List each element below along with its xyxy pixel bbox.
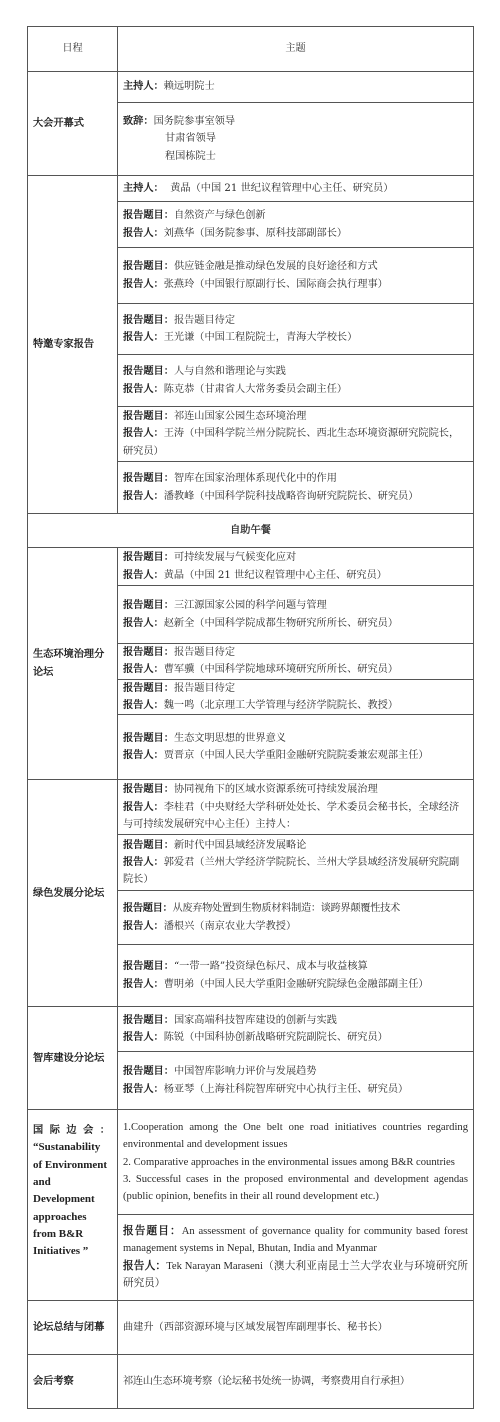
session-eco-forum: 生态环境治理分论坛 (28, 548, 118, 780)
talk-cell: 报告题目：报告题目待定 报告人：曹军骥（中国科学院地球环境研究所所长、研究员） (118, 644, 474, 680)
talk-speaker: 张燕玲（中国银行原副行长、国际商会执行理事） (164, 279, 388, 290)
keynote-host-row: 特邀专家报告 主持人： 黄晶（中国 21 世纪议程管理中心主任、研究员） (28, 176, 474, 202)
talk-cell: 报告题目：“一带一路”投资绿色标尺、成本与收益核算 报告人：曹明弟（中国人民大学… (118, 945, 474, 1007)
speaker-label: 报告人： (123, 801, 164, 813)
topic-label: 报告题目： (123, 1014, 174, 1026)
talk-speaker: 潘教峰（中国科学院科技战略咨询研究院院长、研究员） (164, 491, 419, 502)
talk-topic: 从废弃物处置到生物质材料制造：谈跨界颠覆性技术 (172, 903, 399, 914)
talk-topic: 中国智库影响力评价与发展趋势 (174, 1066, 317, 1077)
talk-speaker: 曹军骥（中国科学院地球环境研究所所长、研究员） (164, 664, 398, 675)
speaker-label: 报告人： (123, 617, 164, 629)
speaker-label: 报告人： (123, 978, 164, 990)
keynote-host: 主持人： 黄晶（中国 21 世纪议程管理中心主任、研究员） (118, 176, 474, 202)
talk-cell: 报告题目：协同视角下的区域水资源系统可持续发展治理 报告人：李桂君（中央财经大学… (118, 780, 474, 835)
topic-label: 报告题目： (123, 209, 174, 221)
speaker-label: 报告人： (123, 699, 164, 711)
talk-row: 绿色发展分论坛 报告题目：协同视角下的区域水资源系统可持续发展治理 报告人：李桂… (28, 780, 474, 835)
topic-label: 报告题目： (123, 410, 174, 422)
session-green-forum: 绿色发展分论坛 (28, 780, 118, 1007)
speaker-label: 报告人： (123, 331, 164, 343)
session-thinktank-forum: 智库建设分论坛 (28, 1007, 118, 1110)
speech-line: 甘肃省领导 (123, 130, 468, 147)
talk-speaker: 魏一鸣（北京理工大学管理与经济学院院长、教授） (164, 700, 398, 711)
speaker-label: 报告人： (123, 1031, 164, 1043)
talk-speaker: Tek Narayan Maraseni（澳大利亚南昆士兰大学农业与环境研究所研… (123, 1261, 468, 1289)
topic-label: 报告题目： (123, 365, 174, 377)
talk-speaker: 王涛（中国科学院兰州分院院长、西北生态环境资源研究院院长，研究员） (123, 428, 459, 456)
closing-content: 曲建升（西部资源环境与区域发展智库副理事长、秘书长） (118, 1301, 474, 1355)
talk-topic: 协同视角下的区域水资源系统可持续发展治理 (174, 784, 378, 795)
intl-themes-row: 国际边会： “Sustanability of Environment and … (28, 1110, 474, 1215)
session-closing: 论坛总结与闭幕 (28, 1301, 118, 1355)
talk-topic: 可持续发展与气候变化应对 (174, 552, 296, 563)
talk-topic: “一带一路”投资绿色标尺、成本与收益核算 (174, 961, 368, 972)
intl-themes: 1.Cooperation among the One belt one roa… (118, 1110, 474, 1215)
talk-topic: 报告题目待定 (174, 683, 235, 694)
host-label: 主持人： (123, 182, 164, 194)
talk-speaker: 刘燕华（国务院参事、原科技部副部长） (164, 228, 347, 239)
topic-label: 报告题目： (123, 839, 174, 851)
topic-label: 报告题目： (123, 260, 174, 272)
talk-speaker: 杨亚琴（上海社科院智库研究中心执行主任、研究员） (164, 1084, 409, 1095)
session-opening: 大会开幕式 (28, 72, 118, 176)
theme-item: 3. Successful cases in the proposed envi… (123, 1171, 468, 1206)
session-post-tour: 会后考察 (28, 1355, 118, 1409)
lunch-break: 自助午餐 (28, 514, 474, 548)
talk-topic: 祁连山国家公园生态环境治理 (174, 411, 306, 422)
talk-cell: 报告题目：报告题目待定 报告人：王光谦（中国工程院院士，青海大学校长） (118, 304, 474, 355)
talk-speaker: 潘根兴（南京农业大学教授） (164, 921, 296, 932)
header-topic: 主题 (118, 27, 474, 72)
speech-label: 致辞： (123, 115, 154, 127)
topic-label: 报告题目： (123, 732, 174, 744)
topic-label: 报告题目： (123, 599, 174, 611)
talk-speaker: 曹明弟（中国人民大学重阳金融研究院绿色金融部副主任） (164, 979, 429, 990)
session-intl-forum: 国际边会： “Sustanability of Environment and … (28, 1110, 118, 1301)
topic-label: 报告题目： (123, 1065, 174, 1077)
talk-cell: 报告题目：可持续发展与气候变化应对 报告人：黄晶（中国 21 世纪议程管理中心主… (118, 548, 474, 586)
opening-host: 主持人：赖远明院士 (118, 72, 474, 103)
speaker-label: 报告人： (123, 856, 164, 868)
schedule-table: 日程 主题 大会开幕式 主持人：赖远明院士 致辞：国务院参事室领导 甘肃省领导 … (27, 26, 474, 1409)
host-label: 主持人： (123, 80, 164, 92)
talk-row: 生态环境治理分论坛 报告题目：可持续发展与气候变化应对 报告人：黄晶（中国 21… (28, 548, 474, 586)
talk-cell: 报告题目：智库在国家治理体系现代化中的作用 报告人：潘教峰（中国科学院科技战略咨… (118, 462, 474, 514)
speaker-label: 报告人： (123, 383, 164, 395)
opening-host-row: 大会开幕式 主持人：赖远明院士 (28, 72, 474, 103)
talk-topic: 人与自然和谐理论与实践 (174, 366, 286, 377)
talk-cell: 报告题目：An assessment of governance quality… (118, 1215, 474, 1301)
talk-speaker: 黄晶（中国 21 世纪议程管理中心主任、研究员） (164, 570, 387, 581)
talk-speaker: 郭爱君（兰州大学经济学院院长、兰州大学县域经济发展研究院副院长） (123, 857, 459, 885)
speech-line: 国务院参事室领导 (154, 116, 236, 127)
speech-line: 程国栋院士 (123, 148, 468, 165)
speaker-label: 报告人： (123, 1083, 164, 1095)
topic-label: 报告题目： (123, 551, 174, 563)
post-tour-content: 祁连山生态环境考察（论坛秘书处统一协调，考察费用自行承担） (118, 1355, 474, 1409)
speaker-label: 报告人： (123, 278, 164, 290)
topic-label: 报告题目： (123, 646, 174, 658)
talk-cell: 报告题目：从废弃物处置到生物质材料制造：谈跨界颠覆性技术 报告人：潘根兴（南京农… (118, 891, 474, 945)
talk-cell: 报告题目：新时代中国县域经济发展略论 报告人：郭爱君（兰州大学经济学院院长、兰州… (118, 835, 474, 891)
topic-label: 报告题目： (123, 902, 172, 914)
speaker-label: 报告人： (123, 920, 164, 932)
topic-label: 报告题目： (123, 960, 174, 972)
talk-speaker: 王光谦（中国工程院院士，青海大学校长） (164, 332, 358, 343)
talk-topic: 报告题目待定 (174, 315, 235, 326)
opening-speech: 致辞：国务院参事室领导 甘肃省领导 程国栋院士 (118, 103, 474, 176)
topic-label: 报告题目： (123, 1226, 182, 1237)
talk-speaker: 李桂君（中央财经大学科研处处长、学术委员会秘书长，全球经济与可持续发展研究中心主… (123, 802, 459, 830)
speaker-label: 报告人： (123, 749, 164, 761)
speaker-label: 报告人： (123, 1261, 166, 1272)
talk-speaker: 贾晋京（中国人民大学重阳金融研究院院委兼宏观部主任） (164, 750, 429, 761)
speaker-label: 报告人： (123, 427, 164, 439)
talk-cell: 报告题目：生态文明思想的世界意义 报告人：贾晋京（中国人民大学重阳金融研究院院委… (118, 715, 474, 780)
talk-cell: 报告题目：自然资产与绿色创新 报告人：刘燕华（国务院参事、原科技部副部长） (118, 202, 474, 248)
host-name: 黄晶（中国 21 世纪议程管理中心主任、研究员） (164, 183, 394, 194)
theme-item: 1.Cooperation among the One belt one roa… (123, 1119, 468, 1154)
theme-item: 2. Comparative approaches in the environ… (123, 1154, 468, 1171)
talk-cell: 报告题目：三江源国家公园的科学问题与管理 报告人：赵新全（中国科学院成都生物研究… (118, 586, 474, 644)
topic-label: 报告题目： (123, 314, 174, 326)
post-tour-row: 会后考察 祁连山生态环境考察（论坛秘书处统一协调，考察费用自行承担） (28, 1355, 474, 1409)
speaker-label: 报告人： (123, 569, 164, 581)
talk-speaker: 陈克恭（甘肃省人大常务委员会副主任） (164, 384, 347, 395)
closing-row: 论坛总结与闭幕 曲建升（西部资源环境与区域发展智库副理事长、秘书长） (28, 1301, 474, 1355)
talk-topic: 智库在国家治理体系现代化中的作用 (174, 473, 337, 484)
talk-cell: 报告题目：祁连山国家公园生态环境治理 报告人：王涛（中国科学院兰州分院院长、西北… (118, 407, 474, 462)
talk-topic: 报告题目待定 (174, 647, 235, 658)
host-name: 赖远明院士 (164, 81, 215, 92)
speaker-label: 报告人： (123, 227, 164, 239)
talk-topic: 自然资产与绿色创新 (174, 210, 266, 221)
talk-topic: 国家高端科技智库建设的创新与实践 (174, 1015, 337, 1026)
session-intl-en: “Sustanability of Environment and Develo… (33, 1139, 112, 1260)
session-intl-cn: 国际边会： (33, 1122, 112, 1139)
talk-cell: 报告题目：中国智库影响力评价与发展趋势 报告人：杨亚琴（上海社科院智库研究中心执… (118, 1052, 474, 1110)
talk-cell: 报告题目：国家高端科技智库建设的创新与实践 报告人：陈锐（中国科协创新战略研究院… (118, 1007, 474, 1052)
talk-topic: 供应链金融是推动绿色发展的良好途径和方式 (174, 261, 378, 272)
talk-topic: 生态文明思想的世界意义 (174, 733, 286, 744)
talk-topic: 三江源国家公园的科学问题与管理 (174, 600, 327, 611)
topic-label: 报告题目： (123, 472, 174, 484)
speaker-label: 报告人： (123, 663, 164, 675)
talk-row: 智库建设分论坛 报告题目：国家高端科技智库建设的创新与实践 报告人：陈锐（中国科… (28, 1007, 474, 1052)
session-keynote: 特邀专家报告 (28, 176, 118, 514)
talk-cell: 报告题目：报告题目待定 报告人：魏一鸣（北京理工大学管理与经济学院院长、教授） (118, 679, 474, 715)
talk-cell: 报告题目：人与自然和谐理论与实践 报告人：陈克恭（甘肃省人大常务委员会副主任） (118, 355, 474, 407)
topic-label: 报告题目： (123, 682, 174, 694)
header-row: 日程 主题 (28, 27, 474, 72)
speaker-label: 报告人： (123, 490, 164, 502)
topic-label: 报告题目： (123, 783, 174, 795)
talk-speaker: 赵新全（中国科学院成都生物研究所所长、研究员） (164, 618, 398, 629)
talk-speaker: 陈锐（中国科协创新战略研究院副院长、研究员） (164, 1032, 388, 1043)
talk-cell: 报告题目：供应链金融是推动绿色发展的良好途径和方式 报告人：张燕玲（中国银行原副… (118, 248, 474, 304)
lunch-row: 自助午餐 (28, 514, 474, 548)
talk-topic: 新时代中国县域经济发展略论 (174, 840, 306, 851)
header-schedule: 日程 (28, 27, 118, 72)
